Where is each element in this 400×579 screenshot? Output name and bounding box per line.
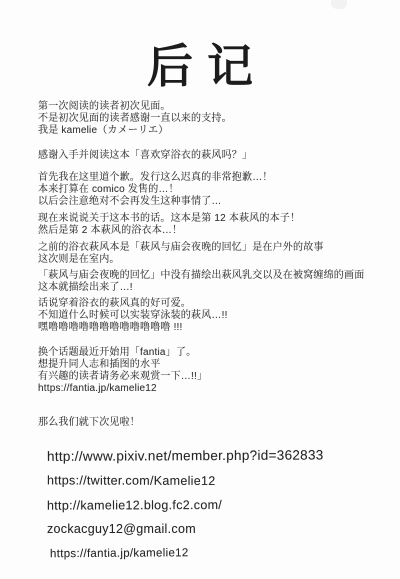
text-line: 话说穿着浴衣的萩风真的好可爱。 xyxy=(38,298,400,310)
paragraph: 那么我们就下次见啦！ xyxy=(38,417,400,429)
text-line: 换个话题最近开始用「fantia」了。 xyxy=(38,347,400,359)
paragraph: 换个话题最近开始用「fantia」了。想提升同人志和插图的水平有兴趣的读者请务必… xyxy=(38,347,400,395)
link-url: zockacguy12@gmail.com xyxy=(47,522,400,536)
text-line: 有兴趣的读者请务必来观赏一下…!!」 xyxy=(38,371,400,383)
text-line: 这本就描绘出来了…! xyxy=(38,282,400,294)
paragraph: 「萩风与庙会夜晚的回忆」中没有描绘出萩风乳交以及在被窝缠绵的画面这本就描绘出来了… xyxy=(38,270,400,294)
text-line: 不知道什么时候可以实装穿泳装的萩风…!! xyxy=(38,310,400,322)
paragraph: 话说穿着浴衣的萩风真的好可爱。不知道什么时候可以实装穿泳装的萩风…!!嘿噜噜噜噜… xyxy=(38,298,400,334)
text-line: 然后是第 2 本萩风的浴衣本…！ xyxy=(38,225,400,237)
link-url: http://kamelie12.blog.fc2.com/ xyxy=(47,497,400,512)
link-url: https://fantia.jp/kamelie12 xyxy=(50,545,400,561)
paragraph: 现在来说说关于这本书的话。这本是第 12 本萩风的本子！然后是第 2 本萩风的浴… xyxy=(38,213,400,237)
text-line: 这次则是在室内。 xyxy=(38,254,400,266)
paragraph: 第一次阅读的读者初次见面。不是初次见面的读者感谢一直以来的支持。我是 kamel… xyxy=(38,101,400,137)
text-line: 第一次阅读的读者初次见面。 xyxy=(38,101,400,113)
text-line: 那么我们就下次见啦！ xyxy=(38,417,400,429)
text-line: 首先我在这里道个歉。发行这么迟真的非常抱歉…！ xyxy=(38,172,400,184)
text-line: 「萩风与庙会夜晚的回忆」中没有描绘出萩风乳交以及在被窝缠绵的画面 xyxy=(38,270,400,282)
text-line: https://fantia.jp/kamelie12 xyxy=(38,383,400,395)
text-line: 想提升同人志和插图的水平 xyxy=(38,359,400,371)
paragraph: 感谢入手并阅读这本「喜欢穿浴衣的萩风吗？」 xyxy=(38,150,400,162)
paragraph: 之前的浴衣萩风本是「萩风与庙会夜晚的回忆」是在户外的故事这次则是在室内。 xyxy=(38,242,400,266)
afterword-page: 后记 第一次阅读的读者初次见面。不是初次见面的读者感谢一直以来的支持。我是 ka… xyxy=(0,0,400,579)
text-line: 不是初次见面的读者感谢一直以来的支持。 xyxy=(38,113,400,125)
link-url: http://www.pixiv.net/member.php?id=36283… xyxy=(47,448,400,464)
links-list: http://www.pixiv.net/member.php?id=36283… xyxy=(47,449,400,560)
scan-artifact xyxy=(331,0,347,9)
link-url: https://twitter.com/Kamelie12 xyxy=(47,473,400,488)
page-title: 后记 xyxy=(0,0,400,93)
text-line: 以后会注意绝对不会再发生这种事情了… xyxy=(38,196,400,208)
paragraph: 首先我在这里道个歉。发行这么迟真的非常抱歉…！本来打算在 comico 发售的…… xyxy=(38,172,400,208)
afterword-paragraphs: 第一次阅读的读者初次见面。不是初次见面的读者感谢一直以来的支持。我是 kamel… xyxy=(38,101,400,429)
text-line: 我是 kamelie（カメーリエ） xyxy=(38,125,400,137)
text-line: 本来打算在 comico 发售的…！ xyxy=(38,184,400,196)
text-line: 感谢入手并阅读这本「喜欢穿浴衣的萩风吗？」 xyxy=(38,150,400,162)
text-line: 嘿噜噜噜噜噜噜噜噜噜噜噜噜 !!! xyxy=(38,322,400,334)
text-line: 现在来说说关于这本书的话。这本是第 12 本萩风的本子！ xyxy=(38,213,400,225)
text-line: 之前的浴衣萩风本是「萩风与庙会夜晚的回忆」是在户外的故事 xyxy=(38,242,400,254)
